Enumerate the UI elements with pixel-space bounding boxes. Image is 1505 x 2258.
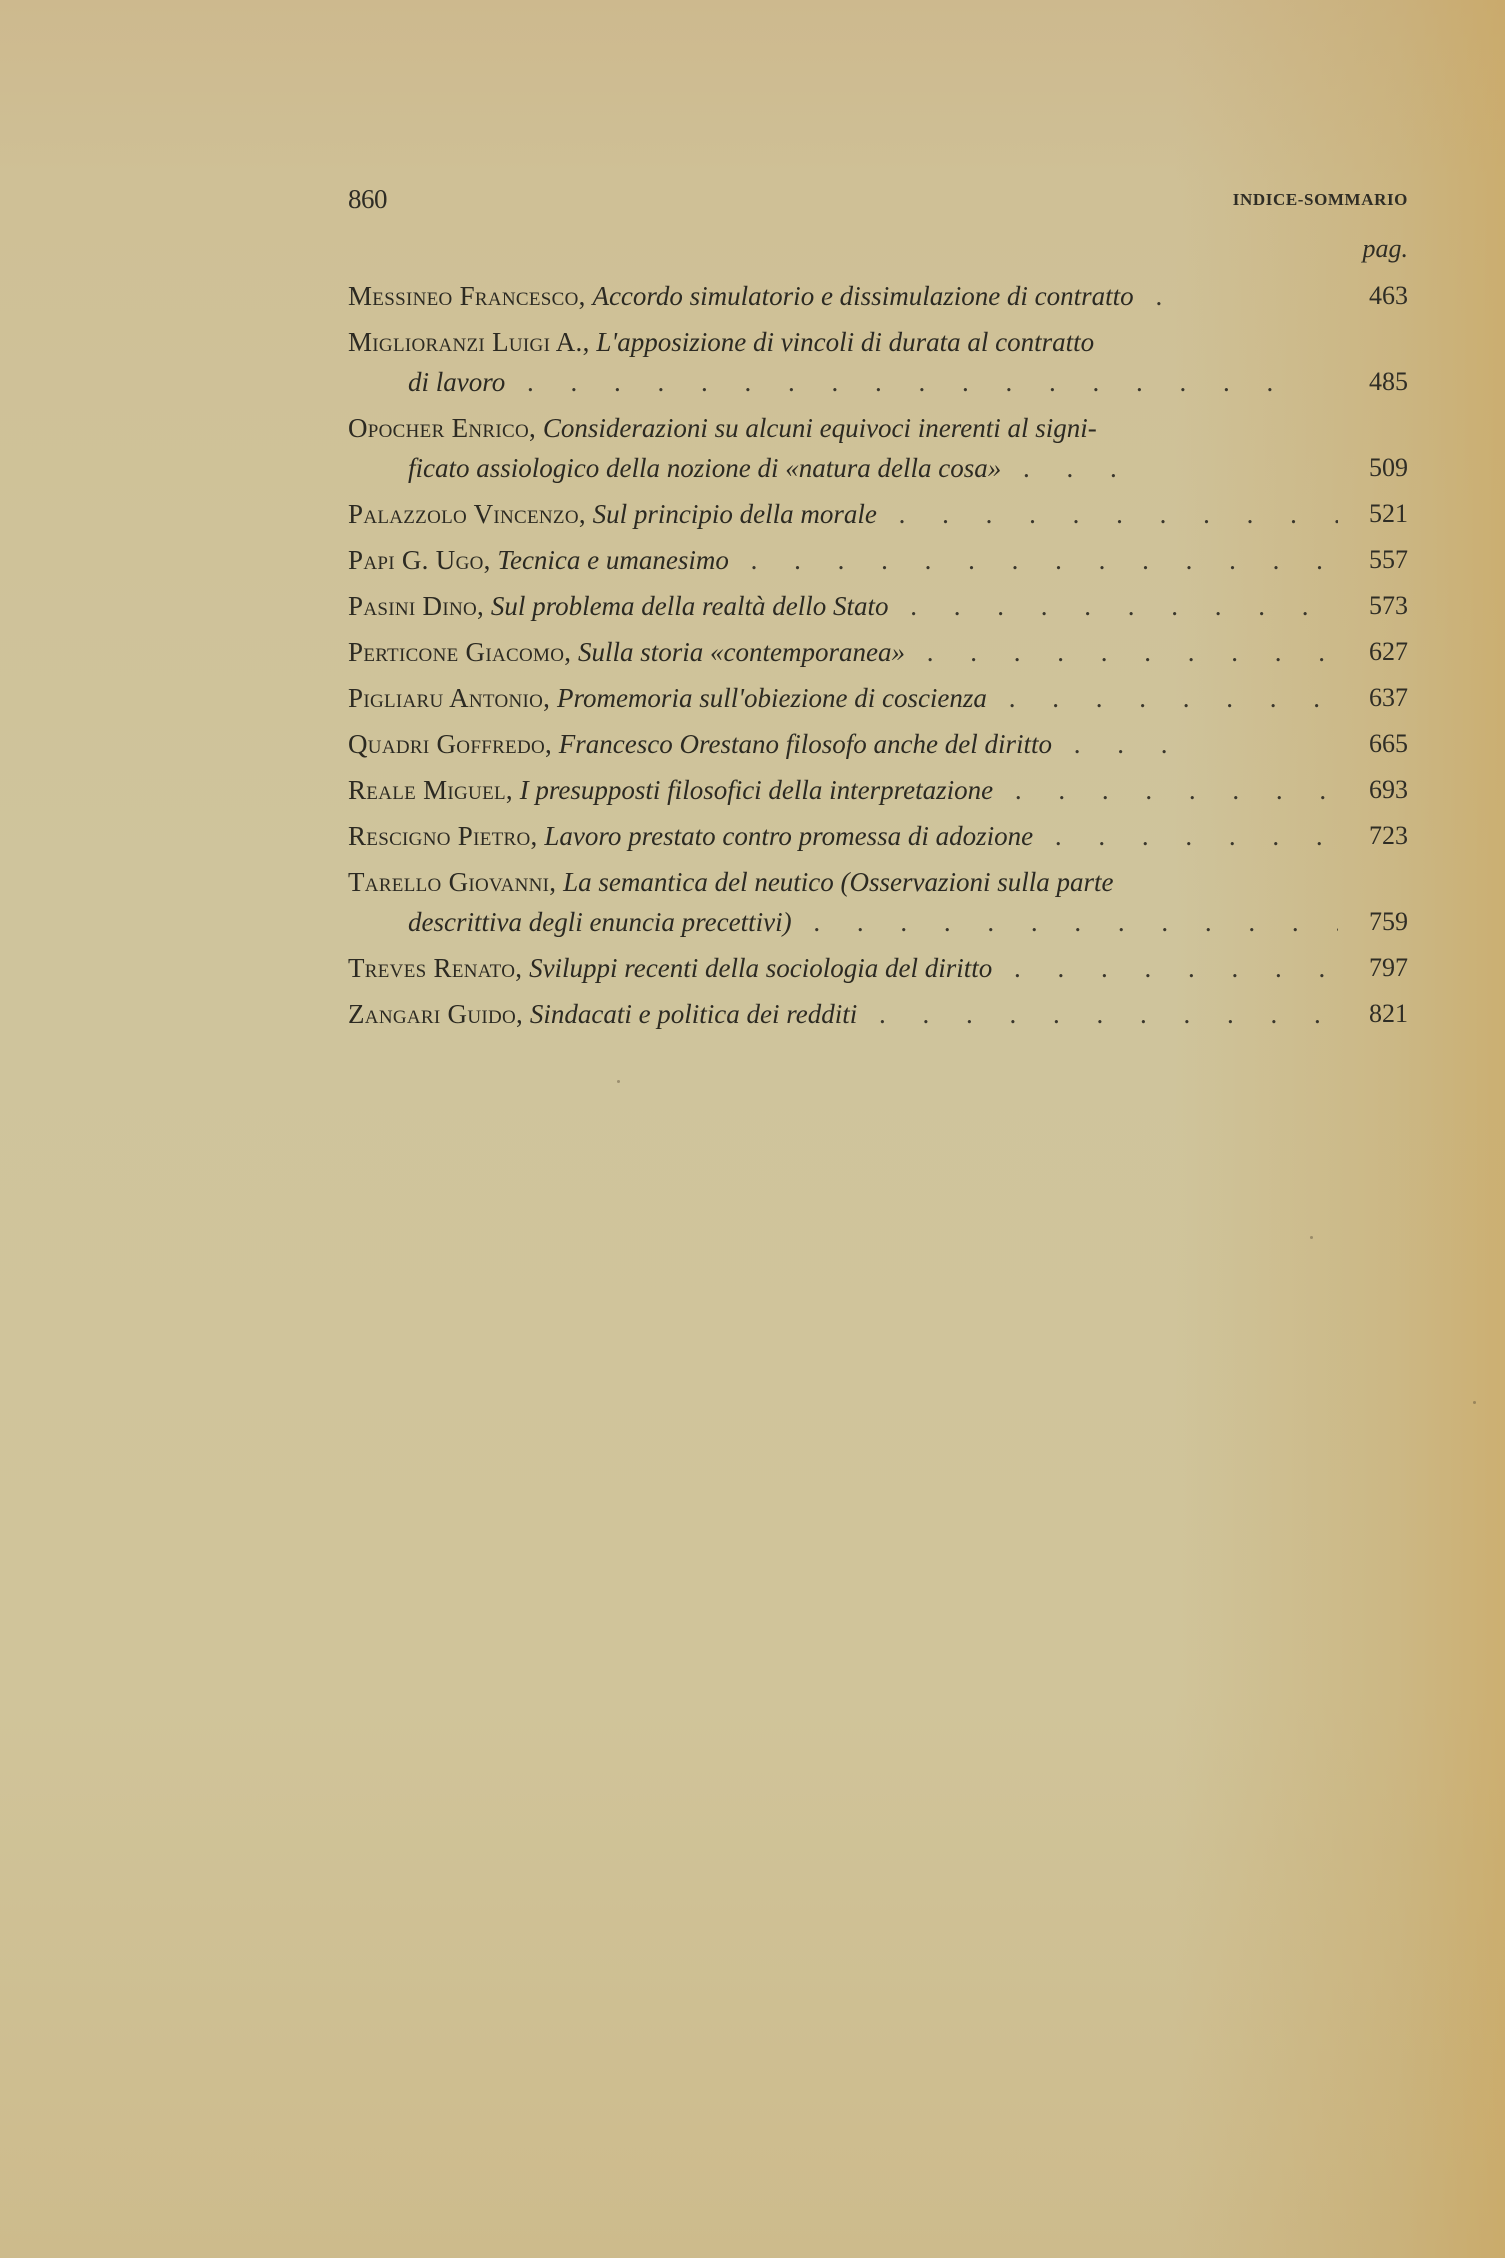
toc-entry: Messineo Francesco, Accordo simulatorio … — [348, 276, 1408, 316]
entry-author: Pasini Dino, — [348, 591, 484, 621]
paper-speck — [617, 1080, 620, 1083]
toc-entry: Treves Renato, Sviluppi recenti della so… — [348, 948, 1408, 988]
dot-leader: . . . . . . . . . . . . . . . . . . . — [877, 499, 1338, 529]
entry-author: Tarello Giovanni, — [348, 867, 556, 897]
entry-author: Reale Miguel, — [348, 775, 513, 805]
entry-title: Sulla storia «contemporanea» — [578, 637, 905, 667]
entry-page: 821 — [1369, 994, 1408, 1034]
toc-entry: Perticone Giacomo, Sulla storia «contemp… — [348, 632, 1408, 672]
entry-page: 521 — [1369, 494, 1408, 534]
paper-speck — [1310, 1236, 1313, 1239]
entry-title: I presupposti filosofici della interpret… — [520, 775, 993, 805]
entry-author: Rescigno Pietro, — [348, 821, 538, 851]
running-head: 860 INDICE-SOMMARIO — [348, 184, 1408, 214]
toc-entry: Reale Miguel, I presupposti filosofici d… — [348, 770, 1408, 810]
toc-entry: Pigliaru Antonio, Promemoria sull'obiezi… — [348, 678, 1408, 718]
toc-entry: Palazzolo Vincenzo, Sul principio della … — [348, 494, 1408, 534]
entry-author: Zangari Guido, — [348, 999, 523, 1029]
entry-page: 665 — [1369, 724, 1408, 764]
entry-title: Sul principio della morale — [593, 499, 877, 529]
dot-leader: . . . — [1052, 729, 1183, 759]
entry-title: Sindacati e politica dei redditi — [530, 999, 857, 1029]
page-number: 860 — [348, 184, 387, 215]
entry-title: Sviluppi recenti della sociologia del di… — [529, 953, 992, 983]
entry-title: Francesco Orestano filosofo anche del di… — [559, 729, 1052, 759]
entry-page: 509 — [1369, 448, 1408, 488]
dot-leader: . . . . . . . . . . . . . — [993, 775, 1338, 805]
entry-author: Opocher Enrico, — [348, 413, 536, 443]
toc-entry: Rescigno Pietro, Lavoro prestato contro … — [348, 816, 1408, 856]
toc-entry: Papi G. Ugo, Tecnica e umanesimo . . . .… — [348, 540, 1408, 580]
entry-title: La semantica del neutico (Osservazioni s… — [563, 867, 1113, 897]
entry-page: 693 — [1369, 770, 1408, 810]
entry-title-continued: di lavoro — [408, 367, 505, 397]
entry-page: 759 — [1369, 902, 1408, 942]
dot-leader: . . . . . . . . . . . . . . . . . . . . — [792, 907, 1338, 937]
entry-page: 723 — [1369, 816, 1408, 856]
dot-leader: . . . . . . . . . . . . . . . . . . — [905, 637, 1338, 667]
toc-entry: Zangari Guido, Sindacati e politica dei … — [348, 994, 1408, 1034]
dot-leader: . . . . . . . . . . . . . — [987, 683, 1338, 713]
entry-page: 557 — [1369, 540, 1408, 580]
entry-author: Perticone Giacomo, — [348, 637, 571, 667]
entry-author: Miglioranzi Luigi A., — [348, 327, 590, 357]
entry-author: Papi G. Ugo, — [348, 545, 491, 575]
entry-title: Accordo simulatorio e dissimulazione di … — [592, 281, 1133, 311]
dot-leader: . . . — [1001, 453, 1132, 483]
entry-title: Lavoro prestato contro promessa di adozi… — [544, 821, 1033, 851]
entry-title: Considerazioni su alcuni equivoci ineren… — [543, 413, 1097, 443]
toc-entry: Opocher Enrico, Considerazioni su alcuni… — [348, 408, 1408, 488]
paper-speck — [1473, 1401, 1476, 1404]
toc-entry: Quadri Goffredo, Francesco Orestano filo… — [348, 724, 1408, 764]
dot-leader: . . . . . . . . . . . . . . . . . . . — [857, 999, 1338, 1029]
entry-author: Palazzolo Vincenzo, — [348, 499, 586, 529]
entry-page: 463 — [1369, 276, 1408, 316]
toc-entry: Tarello Giovanni, La semantica del neuti… — [348, 862, 1408, 942]
entry-page: 627 — [1369, 632, 1408, 672]
entry-page: 485 — [1369, 362, 1408, 402]
entry-title: Sul problema della realtà dello Stato — [491, 591, 889, 621]
entry-page: 573 — [1369, 586, 1408, 626]
toc-entry: Miglioranzi Luigi A., L'apposizione di v… — [348, 322, 1408, 402]
dot-leader: . . . . . . . . . . . . . . . . . . — [505, 367, 1288, 397]
page-column-label: pag. — [1363, 234, 1409, 264]
entry-author: Messineo Francesco, — [348, 281, 586, 311]
entry-page: 797 — [1369, 948, 1408, 988]
entry-page: 637 — [1369, 678, 1408, 718]
dot-leader: . . . . . . . . . . . . . . . . . — [889, 591, 1338, 621]
dot-leader: . . . . . . . . . . . . . . . . . . . . … — [729, 545, 1338, 575]
entry-author: Quadri Goffredo, — [348, 729, 552, 759]
toc-entry: Pasini Dino, Sul problema della realtà d… — [348, 586, 1408, 626]
entry-title: Tecnica e umanesimo — [497, 545, 728, 575]
table-of-contents: Messineo Francesco, Accordo simulatorio … — [348, 276, 1408, 1040]
dot-leader: . — [1134, 281, 1178, 311]
entry-title-continued: descrittiva degli enuncia precettivi) — [408, 907, 792, 937]
dot-leader: . . . . . . . . . . . . — [992, 953, 1338, 983]
entry-title: L'apposizione di vincoli di durata al co… — [596, 327, 1094, 357]
entry-title: Promemoria sull'obiezione di coscienza — [557, 683, 987, 713]
dot-leader: . . . . . . . — [1033, 821, 1338, 851]
section-title: INDICE-SOMMARIO — [1233, 190, 1408, 210]
entry-author: Treves Renato, — [348, 953, 522, 983]
entry-author: Pigliaru Antonio, — [348, 683, 550, 713]
entry-title-continued: ficato assiologico della nozione di «nat… — [408, 453, 1001, 483]
